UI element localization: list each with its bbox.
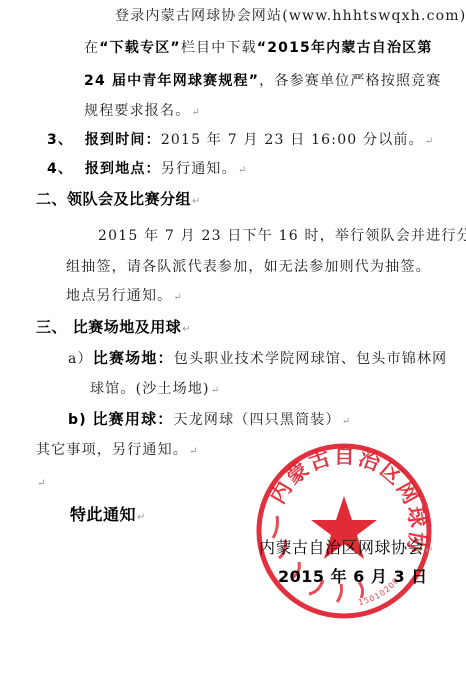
- item-venue: a）比赛场地：包头职业技术学院网球馆、包头市锦林网: [68, 348, 447, 369]
- text-line4: 规程要求报名。: [84, 103, 190, 119]
- section-2-para-line-1: 2015 年 7 月 23 日下午 16 时，举行领队会并进行分: [98, 226, 466, 246]
- paragraph-mark-icon: ↵: [182, 324, 190, 335]
- signature-date: 2015 年 6 月 3 日: [278, 567, 428, 587]
- paragraph-mark-icon: ↵: [342, 416, 350, 427]
- item-value: 天龙网球（四只黑筒装）: [174, 412, 341, 428]
- registration-line-1: 登录内蒙古网球协会网站(www.hhhtswqxh.com)，: [115, 6, 466, 26]
- registration-line-4: 规程要求报名。↵: [84, 101, 200, 123]
- section-2-para-line-2: 组抽签，请各队派代表参加，如无法参加则代为抽签。: [66, 257, 431, 277]
- paragraph-mark-icon: ↵: [238, 165, 246, 176]
- item-number: 4、: [47, 161, 73, 177]
- section-2-para-line-3: 地点另行通知。↵: [66, 286, 182, 308]
- signature-organization: 内蒙古自治区网球协会↵: [259, 538, 433, 561]
- paragraph-mark-icon: ↵: [37, 478, 45, 489]
- notice-label: 特此通知: [70, 505, 136, 524]
- item-report-location: 4、 报到地点：另行通知。↵: [47, 159, 246, 181]
- text-mid: 栏目中下载: [181, 40, 257, 56]
- other-matters: 其它事项，另行通知。↵: [36, 440, 197, 462]
- paragraph-mark-icon: ↵: [425, 136, 433, 147]
- rules-title-part2: 24 届中青年网球赛规程”: [84, 73, 259, 89]
- paragraph-mark-icon: ↵: [425, 545, 433, 556]
- heading-text: 二、领队会及比赛分组: [36, 190, 191, 208]
- item-label: 报到地点：: [85, 161, 161, 177]
- item-label: 比赛场地：: [93, 349, 174, 367]
- item-marker: a）: [68, 351, 93, 367]
- notice-text: 特此通知↵: [70, 505, 145, 528]
- date-text: 2015 年 6 月 3 日: [278, 567, 428, 586]
- item-ball: b) 比赛用球：天龙网球（四只黑筒装）↵: [68, 409, 350, 432]
- para-text: 2015 年 7 月 23 日下午 16 时，举行领队会并进行分: [98, 228, 466, 244]
- paragraph-mark-icon: ↵: [192, 196, 200, 207]
- item-number: 3、: [47, 132, 73, 148]
- item-label: 报到时间：: [85, 132, 161, 148]
- organization-name: 内蒙古自治区网球协会: [259, 538, 424, 557]
- text-prefix: 在: [84, 40, 99, 56]
- empty-paragraph: ↵: [36, 472, 45, 494]
- registration-text: 登录内蒙古网球协会网站(www.hhhtswqxh.com)，: [115, 8, 466, 24]
- registration-line-3: 24 届中青年网球赛规程”，各参赛单位严格按照竞赛: [84, 71, 442, 91]
- paragraph-mark-icon: ↵: [211, 385, 219, 396]
- item-value: 另行通知。: [161, 161, 237, 177]
- download-zone-label: “下载专区”: [99, 40, 181, 56]
- paragraph-mark-icon: ↵: [191, 107, 199, 118]
- item-report-time: 3、 报到时间：2015 年 7 月 23 日 16:00 分以前。↵: [47, 130, 433, 152]
- section-3-heading: 三、 比赛场地及用球↵: [36, 317, 191, 340]
- rules-title-part1: “2015年内蒙古自治区第: [257, 40, 433, 56]
- official-seal-stamp-icon: 内蒙古自治区网球协会 1501020021171: [251, 438, 437, 624]
- paragraph-mark-icon: ↵: [189, 446, 197, 457]
- text-rest: ，各参赛单位严格按照竞赛: [259, 73, 441, 89]
- item-label: 比赛用球：: [92, 410, 173, 428]
- registration-line-2: 在“下载专区”栏目中下载“2015年内蒙古自治区第: [84, 38, 433, 58]
- item-value: 球馆。(沙土场地): [90, 381, 210, 397]
- item-venue-cont: 球馆。(沙土场地)↵: [90, 379, 219, 401]
- heading-text: 三、 比赛场地及用球: [36, 318, 181, 336]
- paragraph-mark-icon: ↵: [173, 292, 181, 303]
- other-matters-text: 其它事项，另行通知。: [36, 442, 188, 458]
- item-marker: b): [68, 412, 87, 428]
- item-value: 2015 年 7 月 23 日 16:00 分以前。: [161, 132, 424, 148]
- para-text: 组抽签，请各队派代表参加，如无法参加则代为抽签。: [66, 259, 431, 275]
- item-value: 包头职业技术学院网球馆、包头市锦林网: [174, 351, 448, 367]
- paragraph-mark-icon: ↵: [137, 512, 145, 523]
- section-2-heading: 二、领队会及比赛分组↵: [36, 189, 200, 212]
- para-text: 地点另行通知。: [66, 288, 172, 304]
